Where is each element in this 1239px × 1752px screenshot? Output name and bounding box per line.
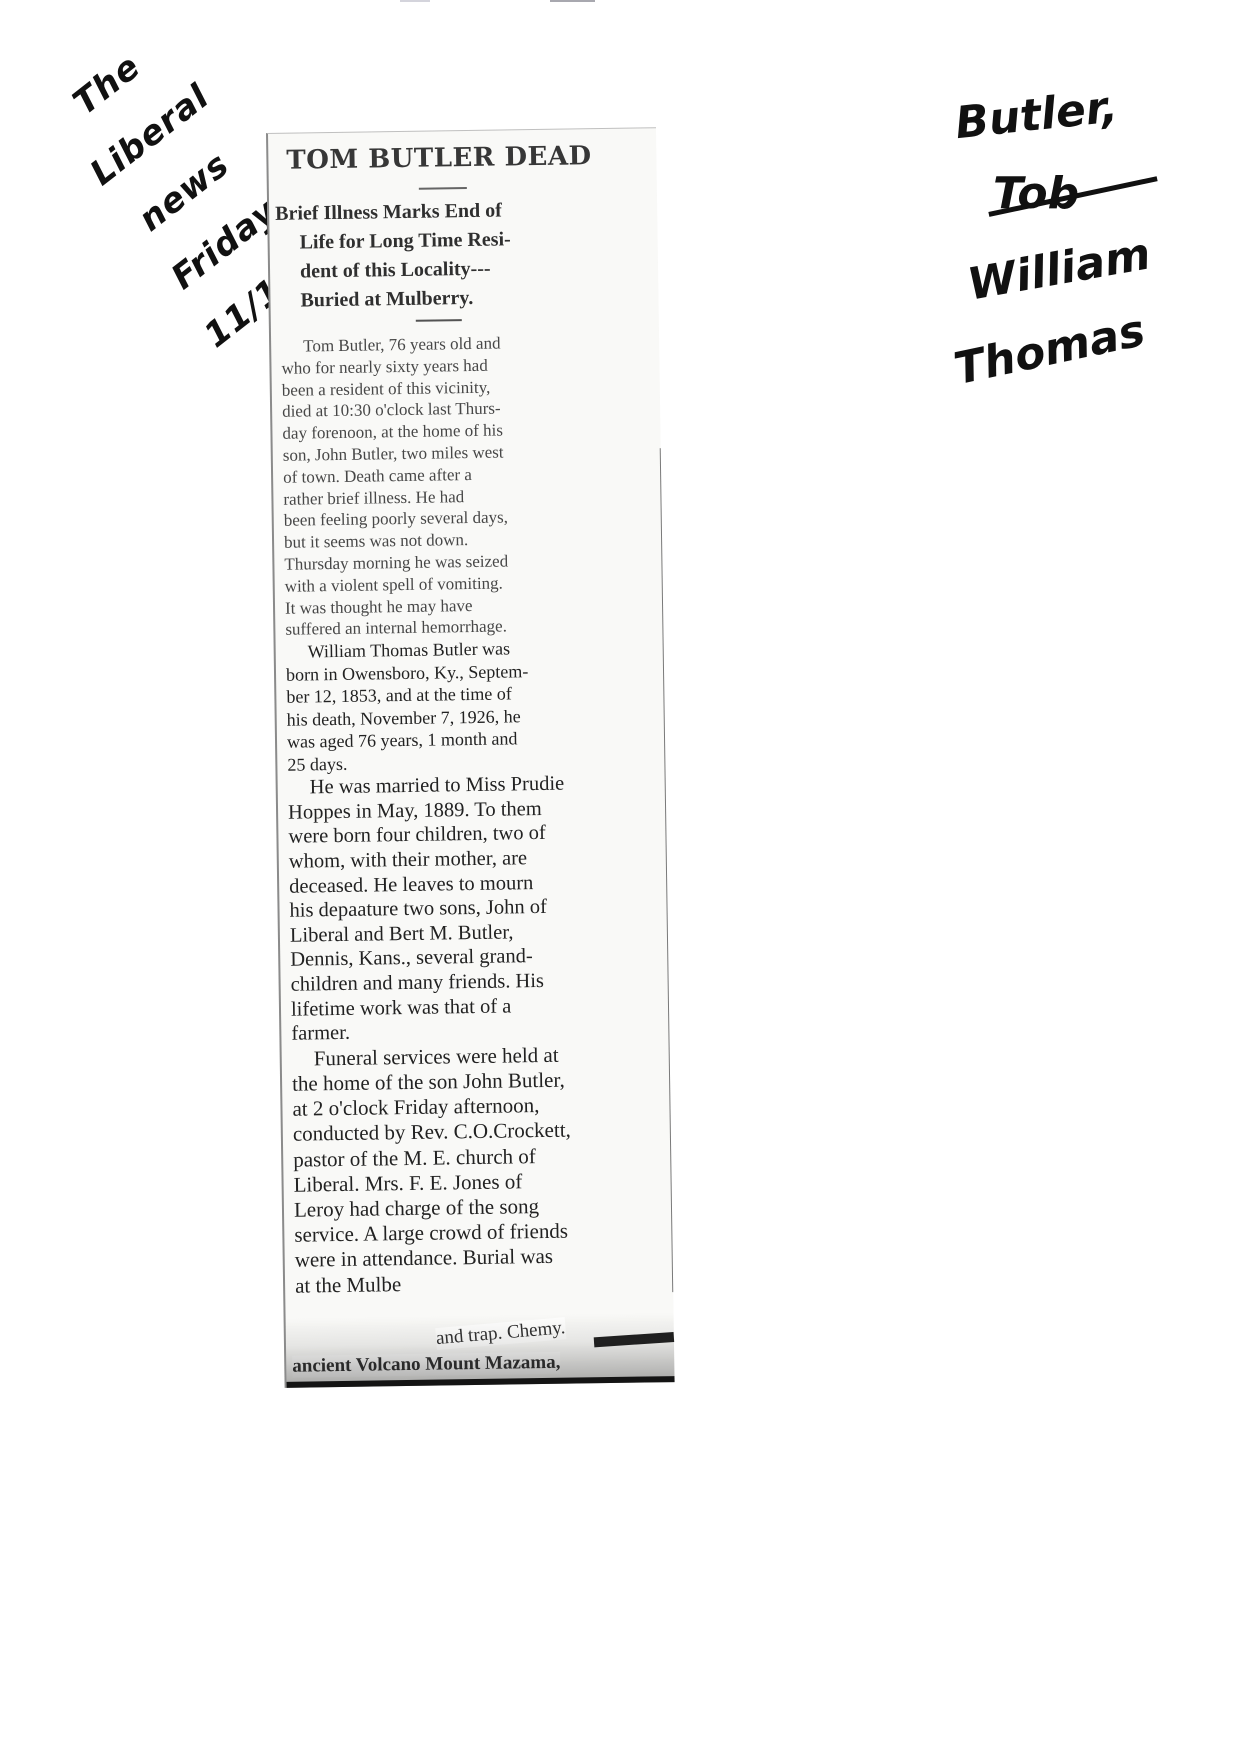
- torn-fragment: ancient Volcano Mount Mazama,: [292, 1352, 560, 1378]
- paragraph-family: He was married to Miss PrudieHoppes in M…: [288, 771, 656, 1047]
- subheadline: Brief Illness Marks End of Life for Long…: [275, 194, 643, 315]
- scan-edge-mark: [400, 0, 430, 2]
- note-struck-out: Tob: [993, 172, 1151, 216]
- newspaper-clipping: TOM BUTLER DEAD Brief Illness Marks End …: [266, 127, 675, 1388]
- note-surname: Butler,: [953, 82, 1153, 146]
- handwritten-name-note: Butler, Tob William Thomas: [955, 60, 1151, 388]
- scan-edge-mark: [550, 0, 595, 2]
- tear-shadow: [287, 1376, 675, 1388]
- paragraph-birth: William Thomas Butler wasborn in Owensbo…: [286, 636, 652, 776]
- note-given-name: Thomas: [951, 308, 1154, 392]
- paragraph-funeral: Funeral services were held atthe home of…: [292, 1041, 660, 1298]
- article-body: Tom Butler, 76 years old andwho for near…: [281, 330, 659, 1298]
- torn-fragment: and trap. Chemy.: [435, 1317, 566, 1350]
- subhead-line: Buried at Mulberry.: [276, 281, 642, 315]
- headline: TOM BUTLER DEAD: [286, 140, 656, 175]
- divider: [416, 319, 462, 322]
- tear-shadow: [594, 1332, 674, 1347]
- article-line: at the Mulbe: [295, 1268, 659, 1299]
- paragraph-intro: Tom Butler, 76 years old andwho for near…: [281, 330, 649, 641]
- column-rule: [660, 448, 674, 1292]
- divider: [419, 187, 467, 190]
- torn-bottom-edge: and trap. Chemy. ancient Volcano Mount M…: [286, 1322, 675, 1388]
- note-given-name: William: [965, 232, 1154, 307]
